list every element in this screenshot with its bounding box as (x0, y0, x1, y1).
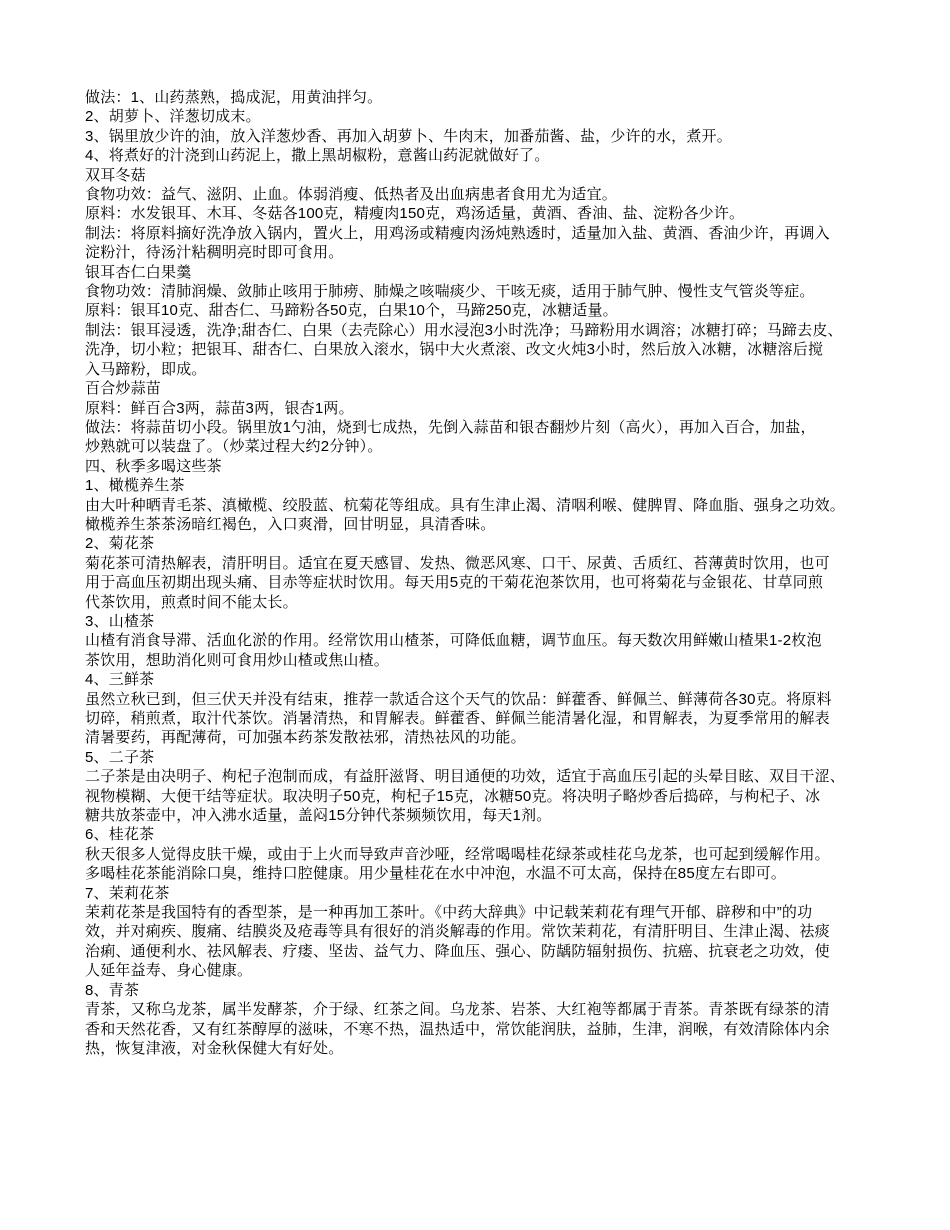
text-line: 炒熟就可以装盘了。（炒菜过程大约2分钟）。 (85, 437, 872, 456)
text-line: 多喝桂花茶能消除口臭，维持口腔健康。用少量桂花在水中冲泡，水温不可太高，保持在8… (85, 864, 872, 883)
text-line: 做法：1、山药蒸熟，捣成泥，用黄油拌匀。 (85, 88, 872, 107)
text-line: 淀粉汁，待汤汁粘稠明亮时即可食用。 (85, 243, 872, 262)
text-line: 由大叶种晒青毛茶、滇橄榄、绞股蓝、杭菊花等组成。具有生津止渴、清咽利喉、健脾胃、… (85, 496, 872, 515)
text-line: 效，并对痢疾、腹痛、结膜炎及疮毒等具有很好的消炎解毒的作用。常饮茉莉花，有清肝明… (85, 922, 872, 941)
text-line: 原料：水发银耳、木耳、冬菇各100克，精瘦肉150克，鸡汤适量，黄酒、香油、盐、… (85, 204, 872, 223)
text-line: 4、将煮好的汁浇到山药泥上，撒上黑胡椒粉，意酱山药泥就做好了。 (85, 146, 872, 165)
text-line: 制法：将原料摘好洗净放入锅内，置火上，用鸡汤或精瘦肉汤炖熟透时，适量加入盐、黄酒… (85, 224, 872, 243)
text-line: 制法：银耳浸透，洗净;甜杏仁、白果（去壳除心）用水浸泡3小时洗净；马蹄粉用水调溶… (85, 321, 872, 340)
text-line: 切碎，稍煎煮，取汁代茶饮。消暑清热，和胃解表。鲜藿香、鲜佩兰能清暑化湿，和胃解表… (85, 709, 872, 728)
text-line: 清暑要药，再配薄荷，可加强本药茶发散祛邪，清热祛风的功能。 (85, 728, 872, 747)
text-line: 8、青茶 (85, 981, 872, 1000)
text-line: 秋天很多人觉得皮肤干燥，或由于上火而导致声音沙哑，经常喝喝桂花绿茶或桂花乌龙茶，… (85, 845, 872, 864)
document-body: 做法：1、山药蒸熟，捣成泥，用黄油拌匀。2、胡萝卜、洋葱切成末。3、锅里放少许的… (85, 88, 872, 1058)
text-line: 山楂有消食导滞、活血化淤的作用。经常饮用山楂茶，可降低血糖，调节血压。每天数次用… (85, 631, 872, 650)
text-line: 做法：将蒜苗切小段。锅里放1勺油，烧到七成热，先倒入蒜苗和银杏翻炒片刻（高火），… (85, 418, 872, 437)
text-line: 原料：鲜百合3两，蒜苗3两，银杏1两。 (85, 399, 872, 418)
text-line: 7、茉莉花茶 (85, 884, 872, 903)
text-line: 原料：银耳10克、甜杏仁、马蹄粉各50克，白果10个，马蹄250克，冰糖适量。 (85, 301, 872, 320)
text-line: 用于高血压初期出现头痛、目赤等症状时饮用。每天用5克的干菊花泡茶饮用，也可将菊花… (85, 573, 872, 592)
text-line: 入马蹄粉，即成。 (85, 360, 872, 379)
text-line: 青茶，又称乌龙茶，属半发酵茶，介于绿、红茶之间。乌龙茶、岩茶、大红袍等都属于青茶… (85, 1000, 872, 1019)
document-page: 做法：1、山药蒸熟，捣成泥，用黄油拌匀。2、胡萝卜、洋葱切成末。3、锅里放少许的… (0, 0, 950, 1230)
text-line: 二子茶是由决明子、枸杞子泡制而成，有益肝滋肾、明目通便的功效，适宜于高血压引起的… (85, 767, 872, 786)
text-line: 银耳杏仁白果羹 (85, 263, 872, 282)
text-line: 3、锅里放少许的油，放入洋葱炒香、再加入胡萝卜、牛肉末，加番茄酱、盐，少许的水，… (85, 127, 872, 146)
text-line: 1、橄榄养生茶 (85, 476, 872, 495)
text-line: 2、胡萝卜、洋葱切成末。 (85, 107, 872, 126)
text-line: 百合炒蒜苗 (85, 379, 872, 398)
text-line: 茉莉花茶是我国特有的香型茶，是一种再加工茶叶。《中药大辞典》中记载茉莉花有理气开… (85, 903, 872, 922)
text-line: 菊花茶可清热解表，清肝明目。适宜在夏天感冒、发热、微恶风寒、口干、尿黄、舌质红、… (85, 554, 872, 573)
text-line: 糖共放茶壶中，冲入沸水适量，盖闷15分钟代茶频频饮用，每天1剂。 (85, 806, 872, 825)
text-line: 5、二子茶 (85, 748, 872, 767)
text-line: 食物功效：清肺润燥、敛肺止咳用于肺痨、肺燥之咳喘痰少、干咳无痰，适用于肺气肿、慢… (85, 282, 872, 301)
text-line: 视物模糊、大便干结等症状。取决明子50克，枸杞子15克，冰糖50克。将决明子略炒… (85, 787, 872, 806)
text-line: 虽然立秋已到，但三伏天并没有结束，推荐一款适合这个天气的饮品：鲜藿香、鲜佩兰、鲜… (85, 690, 872, 709)
text-line: 2、菊花茶 (85, 534, 872, 553)
text-line: 6、桂花茶 (85, 825, 872, 844)
text-line: 四、秋季多喝这些茶 (85, 457, 872, 476)
text-line: 洗净，切小粒；把银耳、甜杏仁、白果放入滚水，锅中大火煮滚、改文火炖3小时，然后放… (85, 340, 872, 359)
text-line: 代茶饮用，煎煮时间不能太长。 (85, 593, 872, 612)
text-line: 4、三鲜茶 (85, 670, 872, 689)
text-line: 治痢、通便利水、祛风解表、疗瘘、坚齿、益气力、降血压、强心、防龋防辐射损伤、抗癌… (85, 942, 872, 961)
text-line: 食物功效：益气、滋阴、止血。体弱消瘦、低热者及出血病患者食用尤为适宜。 (85, 185, 872, 204)
text-line: 香和天然花香，又有红茶醇厚的滋味，不寒不热，温热适中，常饮能润肤，益肺，生津，润… (85, 1020, 872, 1039)
text-line: 3、山楂茶 (85, 612, 872, 631)
text-line: 热，恢复津液，对金秋保健大有好处。 (85, 1039, 872, 1058)
text-line: 人延年益寿、身心健康。 (85, 961, 872, 980)
text-line: 双耳冬菇 (85, 166, 872, 185)
text-line: 橄榄养生茶茶汤暗红褐色，入口爽滑，回甘明显，具清香味。 (85, 515, 872, 534)
text-line: 茶饮用，想助消化则可食用炒山楂或焦山楂。 (85, 651, 872, 670)
